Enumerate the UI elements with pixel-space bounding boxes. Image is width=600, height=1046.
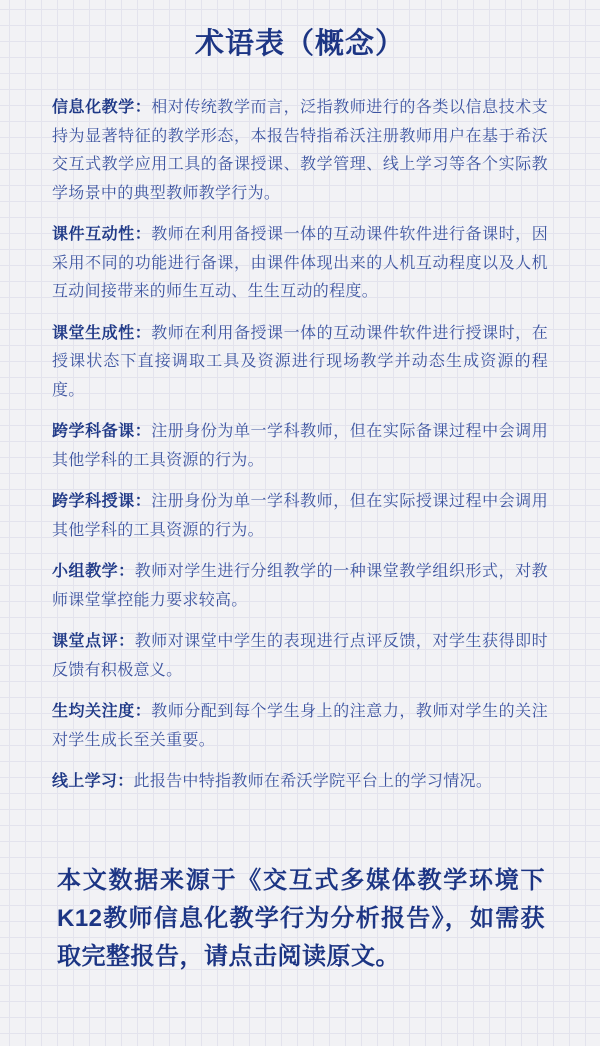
glossary-entry-cross-subject-preparation: 跨学科备课：注册身份为单一学科教师，但在实际备课过程中会调用其他学科的工具资源的… bbox=[52, 418, 548, 475]
glossary-entry-cross-subject-teaching: 跨学科授课：注册身份为单一学科教师，但在实际授课过程中会调用其他学科的工具资源的… bbox=[52, 488, 548, 545]
glossary-entry-classroom-generativity: 课堂生成性：教师在利用备授课一体的互动课件软件进行授课时，在授课状态下直接调取工… bbox=[52, 320, 548, 406]
glossary-entry-informatized-teaching: 信息化教学：相对传统教学而言，泛指教师进行的各类以信息技术支持为显著特征的教学形… bbox=[52, 94, 548, 208]
glossary-entry-online-learning: 线上学习：此报告中特指教师在希沃学院平台上的学习情况。 bbox=[52, 768, 548, 797]
glossary-entry-group-teaching: 小组教学：教师对学生进行分组教学的一种课堂教学组织形式，对教师课堂掌控能力要求较… bbox=[52, 558, 548, 615]
term-label: 跨学科备课： bbox=[52, 423, 151, 440]
term-label: 生均关注度： bbox=[52, 703, 151, 720]
glossary-entry-courseware-interactivity: 课件互动性：教师在利用备授课一体的互动课件软件进行备课时，因采用不同的功能进行备… bbox=[52, 221, 548, 307]
term-label: 课件互动性： bbox=[52, 226, 151, 243]
glossary-entry-classroom-feedback: 课堂点评：教师对课堂中学生的表现进行点评反馈，对学生获得即时反馈有积极意义。 bbox=[52, 628, 548, 685]
term-label: 课堂生成性： bbox=[52, 325, 151, 342]
term-label: 小组教学： bbox=[52, 563, 135, 580]
glossary-page: 术语表（概念） 信息化教学：相对传统教学而言，泛指教师进行的各类以信息技术支持为… bbox=[0, 0, 600, 1046]
term-definition: 此报告中特指教师在希沃学院平台上的学习情况。 bbox=[134, 773, 493, 790]
term-label: 跨学科授课： bbox=[52, 493, 151, 510]
term-label: 课堂点评： bbox=[52, 633, 135, 650]
glossary-entry-per-student-attention: 生均关注度：教师分配到每个学生身上的注意力，教师对学生的关注对学生成长至关重要。 bbox=[52, 698, 548, 755]
page-title: 术语表（概念） bbox=[52, 24, 548, 64]
data-source-note: 本文数据来源于《交互式多媒体教学环境下K12教师信息化教学行为分析报告》，如需获… bbox=[57, 862, 545, 976]
term-label: 线上学习： bbox=[52, 773, 134, 790]
term-label: 信息化教学： bbox=[52, 99, 151, 116]
